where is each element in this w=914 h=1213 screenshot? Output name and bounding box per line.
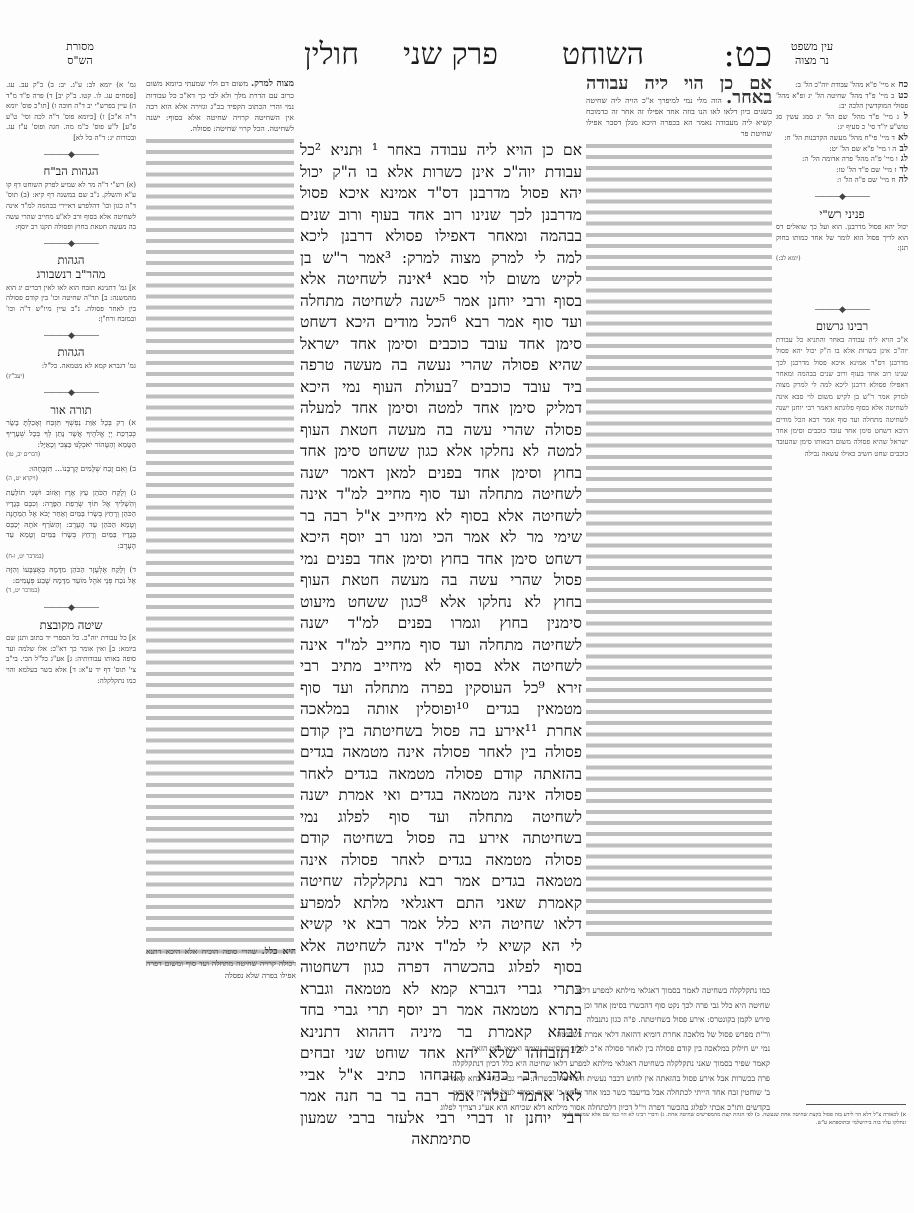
gemara-line: בסוף לפלוג בהכשרה דפרה כגון דשחטוה — [300, 957, 582, 979]
gemara-line: מטמאה בגדים אמר רבא נתקלקלה שחיטה — [300, 871, 582, 893]
bottom-commentary-line: פרה בכשרות אבל אירע פסול בהזאתה אין לחוש… — [146, 1072, 770, 1087]
ein-mishpat-text: ח מיי' שם פ"ה הל' ו: — [837, 176, 896, 184]
ein-mishpat-text: ז מיי' שם פ"ד הל' טז: — [836, 166, 896, 174]
gemara-line: למטה לא נחלקו אלא כגון ששחט סימן אחד — [300, 441, 582, 463]
ein-mishpat-entry: לב ה ו מיי' פ"א שם הל' יט: — [776, 144, 908, 155]
torah-or-ref: (במדבר יט, ד) — [6, 586, 136, 597]
shita-mekubetzet-title: שיטה מקובצת — [6, 620, 136, 631]
hagahot-title: הגהות — [6, 347, 136, 358]
hagahot-maharav-text: א] גמ' דתנינא תזבח הוא לאו לאין דברים יג… — [6, 283, 136, 325]
torah-or-title: תורה אור — [6, 405, 136, 416]
shita-mekubetzet-text: א] כל עבודת יוה"כ. כל הספרי יד בתוב ותנן… — [6, 633, 136, 686]
ornament-divider: ―――◆――― — [6, 150, 136, 161]
torah-or-ref: (דברים יב, טו) — [6, 450, 136, 461]
bottom-lead: היא כלל. — [262, 947, 296, 957]
gemara-line: עבודת יוה"כ אינן כשרות אלא בו ה"ק יכול — [300, 162, 582, 184]
folio-number: כט: — [723, 38, 772, 72]
gemara-line: פסולה שהרי עשה בה מעשה חטאת העוף — [300, 420, 582, 442]
ein-mishpat-line2: נר מצוה — [782, 54, 842, 68]
gemara-closing-word: סתימתאה — [300, 1129, 582, 1151]
gemara-line: לקיש משום לוי סבא ⁴אינה לשחיטה אלא — [300, 269, 582, 291]
ein-mishpat-text: א מיי' פ"א מהל' עבודת יוה"כ הל' ב: — [795, 81, 895, 89]
ornament-divider: ―――◆――― — [6, 331, 136, 342]
ein-mishpat-mark: לא — [895, 133, 908, 143]
footnote-rule — [806, 1104, 906, 1105]
gemara-lines: אם כן הויא ליה עבודה באחר ¹ וּתניא ²כלעב… — [300, 140, 582, 1129]
ein-mishpat-mark: כט — [894, 91, 908, 101]
mesoret-line1: מסורת — [55, 40, 105, 54]
ein-mishpat-mark: לג — [898, 154, 908, 164]
mesoret-line2: הש"ס — [55, 54, 105, 68]
gemara-line: בשחיטתה אירע בה פסול בשחיטה קודם — [300, 828, 582, 850]
tosafot-continuation — [146, 136, 294, 966]
peninei-rashi-text: יכול יהא פסול מדרבנן. הוא ועל כך שואלים … — [776, 222, 908, 254]
ornament-divider: ―――◆――― — [6, 239, 136, 250]
bottom-commentary-line: נמי יש חילוק במלאכה בין קודם פסולה בין ל… — [146, 1042, 770, 1057]
gemara-line: דלאו שחיטה היא כלל אמר רבא אי קשיא — [300, 914, 582, 936]
ein-mishpat-entry: לא ד מיי' פי"ח מהל' מעשה הקרבנות הל' ח: — [776, 133, 908, 144]
ein-mishpat-text: ו מיי' פ"ה מהל' פרה אדומה הל' ה: — [802, 155, 898, 163]
ein-mishpat-entry: כט ב מיי' פ"ד מהל' שחיטה הל' יג ופ"א מהל… — [776, 91, 908, 112]
rashi-continuation — [586, 141, 772, 941]
gemara-line: לשחיטה אלא בסוף לא מיחייב מתיב רבי — [300, 656, 582, 678]
gemara-line: בהזאתה קודם פסולה מטמאה בגדים לאחר — [300, 764, 582, 786]
ein-mishpat-mark: לד — [896, 165, 908, 175]
chapter-label: פרק שני — [403, 38, 498, 72]
torah-or-ref: (במדבר יט, ו-ח) — [6, 552, 136, 563]
bottom-commentary-line: שחיטה היא כלל גבי פרה לכך נקט סוף דהכשרו… — [440, 999, 770, 1014]
peninei-rashi-ref: (יומא לב:) — [776, 254, 908, 265]
gemara-line: קאמרת שאני התם דאגלאי מלתא למפרע — [300, 893, 582, 915]
footnote-line-2: ונחלקו עליו בזה בירושלמי ובתוספתא ע"ש. — [8, 1119, 906, 1127]
gemara-line: דמליק סימן אחד למטה וסימן אחד למעלה — [300, 398, 582, 420]
gemara-line: לשחיטה מתחלה ועד סוף מחייב למ"ד אינה — [300, 484, 582, 506]
gemara-line: לשחיטה מתחלה ועד סוף לפלוג נמי — [300, 807, 582, 829]
ein-mishpat-line1: עין משפט — [782, 40, 842, 54]
ornament-divider: ―――◆――― — [776, 305, 908, 316]
ein-mishpat-text: ד מיי' פי"ח מהל' מעשה הקרבנות הל' ח: — [784, 134, 895, 142]
torah-or-passage: ג) וְלָקַח הַכֹּהֵן עֵץ אֶרֶז וְאֵזוֹב ו… — [6, 488, 136, 552]
torah-or-passage: ב) וְאִם זֶבַח שְׁלָמִים קָרְבָּנוֹ... ת… — [6, 464, 136, 475]
bottom-commentary-wide: כמו נתקלקלה בשחיטה לאמר בסמוך דאגלאי מיל… — [146, 984, 770, 1115]
gemara-line: אחרת ¹¹אירע בה פסול בשחיטתה בין קודם — [300, 721, 582, 743]
gemara-line: שהיא פסולה שהרי נעשה בה מעשה טרפה — [300, 355, 582, 377]
gemara-line: יהא פסול מדרבנן דס"ד אמינא איכא פסול — [300, 183, 582, 205]
gemara-line: לשחיטה מתחלה ועד סוף מחייב למ"ד אינה — [300, 635, 582, 657]
gemara-line: אם כן הויא ליה עבודה באחר ¹ וּתניא ²כל — [300, 140, 582, 162]
mesoret-label: מסורת הש"ס — [55, 40, 105, 68]
gemara-line: פסול שהרי עשה בה מעשה חטאת העוף — [300, 570, 582, 592]
gemara-line: בסוף ורבי יוחנן אמר ⁵ישנה לשחיטה מתחלה — [300, 291, 582, 313]
bottom-commentary-line: קאמר שפיר בסמוך שאני נתקלקלה בשחיטה דאגל… — [146, 1057, 770, 1072]
gemara-line: מדרבנן לכך שנינו רוב אחד בעוף ורוב שנים — [300, 205, 582, 227]
hagahot-ref: (יעב"ץ) — [6, 372, 136, 383]
tosafot-lead: מצוה למרק. — [251, 79, 294, 89]
ein-mishpat-mark: כח — [895, 80, 908, 90]
bottom-commentary-line: פירש לקמן בקונטרס: אירע פסול בשחיטתה. פ"… — [440, 1013, 770, 1028]
gemara-line: שימי מר לא אמר הכי ומנו רב יוסף היכא — [300, 527, 582, 549]
bottom-commentary-line: כמו נתקלקלה בשחיטה לאמר בסמוך דאגלאי מיל… — [440, 984, 770, 999]
hagahot-maharav-title: הגהות — [6, 255, 136, 266]
ein-mishpat-entry: לג ו מיי' פ"ה מהל' פרה אדומה הל' ה: — [776, 154, 908, 165]
torah-or-passage: א) רַק בְּכָל אַוַּת נַפְשְׁךָ תִּזְבַּח… — [6, 418, 136, 450]
gemara-line: לי הא קשיא לי למ"ד אינה לשחיטה אלא — [300, 936, 582, 958]
gemara-line: זירא ⁹כל העוסקין בפרה מתחלה ועד סוף — [300, 678, 582, 700]
bottom-commentary-line: ור"ת מפרש פסול של מלאכה אחרת דומיא דהזאה… — [440, 1028, 770, 1043]
bottom-commentary-lines: כמו נתקלקלה בשחיטה לאמר בסמוך דאגלאי מיל… — [146, 984, 770, 1115]
torah-or-ref: (ויקרא יט, ה) — [6, 474, 136, 485]
hagahot-habach-text: (א) רש"י ד"ה מר לא שמיע לפרק השוחט דף קו… — [6, 180, 136, 233]
ein-mishpat-mark: ל — [899, 112, 908, 122]
hagahot-text: גמ' דגברא קמא לא מטמאה. כל"ל: — [6, 361, 136, 372]
ein-mishpat-label: עין משפט נר מצוה — [782, 40, 842, 68]
gemara-line: בחוץ לא נחלקו אלא ⁸כגון ששחט מיעוט — [300, 592, 582, 614]
rabbeinu-gershom-text: א"כ הויא ליה עבודה באחר והתניא כל עבודת … — [776, 335, 908, 1015]
ein-mishpat-mark: לב — [896, 144, 908, 154]
torah-or-passage: ד) וְלָקַח אֶלְעָזָר הַכֹּהֵן מִדָּמָהּ … — [6, 565, 136, 586]
ornament-divider: ―――◆――― — [6, 388, 136, 399]
torah-or-list: א) רַק בְּכָל אַוַּת נַפְשְׁךָ תִּזְבַּח… — [6, 418, 136, 597]
bottom-commentary-line: ב' שוחטין זבח אחד הייתי לכתחלה אבל בדיעב… — [146, 1086, 770, 1101]
ein-mishpat-entry: ל ג מיי' פ"ד מהל' שם הל' יג סמג עשין סג … — [776, 112, 908, 133]
gemara-line: סימנין בחוץ וגמרו בפנים למ"ד ישנה — [300, 613, 582, 635]
gemara-line: ועד סוף אמר רבא ⁶הכל מודים היכא דשחט — [300, 312, 582, 334]
gemara-line: דשחט סימן אחד בחוץ וסימן אחד בפנים נמי — [300, 549, 582, 571]
page-header: עין משפט נר מצוה כט: השוחט פרק שני חולין… — [0, 38, 914, 78]
chapter-name: השוחט — [562, 38, 644, 72]
ein-mishpat-column: כח א מיי' פ"א מהל' עבודת יוה"כ הל' ב:כט … — [776, 80, 908, 1015]
peninei-rashi-title: פניני רש"י — [776, 209, 908, 220]
ein-mishpat-mark: לה — [895, 175, 908, 185]
gemara-line: בבהמה ומאחר דאפילו פסולא דרבנן ליכא — [300, 226, 582, 248]
ornament-divider: ―――◆――― — [776, 192, 908, 203]
mesoret-text: גמ' א) יומא לב: ע"ג. יב: ב) כ"ק עב. עג. … — [6, 80, 136, 144]
rabbeinu-gershom-title: רבינו גרשום — [776, 321, 908, 332]
ornament-divider: ―――◆――― — [6, 603, 136, 614]
gemara-line: פסולה מטמאה בגדים לאחר פסולה אינה — [300, 850, 582, 872]
ein-mishpat-text: ג מיי' פ"ד מהל' שם הל' יג סמג עשין סג טו… — [776, 113, 908, 132]
footnotes: א) לכאורה צ"ל דלא הוי לידע בזה פסול בקצת… — [8, 1111, 906, 1127]
gemara-line: פסולה אינה מטמאה בגדים ואי אמרת ישנה — [300, 785, 582, 807]
hagahot-maharav-subtitle: מהר"ב רנשבורג — [6, 269, 136, 280]
gemara-line: ביד עובד כוכבים ⁷בעולת העוף נמי היכא — [300, 377, 582, 399]
tractate-name: חולין — [304, 38, 359, 72]
footnote-line-1: א) לכאורה צ"ל דלא הוי לידע בזה פסול בקצת… — [8, 1111, 906, 1119]
gemara-line: למה לי למרק מצוה למרק: ³אמר ר"ש בן — [300, 248, 582, 270]
gemara-line: מטמאין בגדים ¹⁰ופוסלין אותה במלאכה — [300, 699, 582, 721]
rashi-column: אם כן הוי ליה עבודה באחר. הוה מלי נמי למ… — [586, 78, 772, 941]
gemara-line: פסולה בין לאחר פסולה אינה מטמאה בגדים — [300, 742, 582, 764]
ein-mishpat-entry: לה ח מיי' שם פ"ה הל' ו: — [776, 175, 908, 186]
ein-mishpat-entry: כח א מיי' פ"א מהל' עבודת יוה"כ הל' ב: — [776, 80, 908, 91]
hagahot-habach-title: הגהות הב"ח — [6, 166, 136, 177]
gemara-line: בחוץ וסימן אחד בפנים למאן דאמר ישנה — [300, 463, 582, 485]
ein-mishpat-entry: לד ז מיי' שם פ"ד הל' טז: — [776, 165, 908, 176]
bottom-tosafot-left: היא כלל. שהרי סופה הוכיח אלא היכא דתנא ד… — [146, 946, 296, 983]
ein-mishpat-list: כח א מיי' פ"א מהל' עבודת יוה"כ הל' ב:כט … — [776, 80, 908, 186]
ein-mishpat-text: ה ו מיי' פ"א שם הל' יט: — [829, 145, 896, 153]
gemara-line: סימן אחד עובד כוכבים וסימן אחד ישראל — [300, 334, 582, 356]
mesoret-column: גמ' א) יומא לב: ע"ג. יב: ב) כ"ק עב. עג. … — [6, 80, 136, 686]
ein-mishpat-text: ב מיי' פ"ד מהל' שחיטה הל' יג ופ"א מהל' פ… — [776, 92, 908, 111]
gemara-line: לשחיטה אלא בסוף לא מיחייב א"ל רבה בר — [300, 506, 582, 528]
tosafot-column: מצוה למרק. משום דם ולוי שמעתי ביומא משום… — [146, 78, 294, 966]
